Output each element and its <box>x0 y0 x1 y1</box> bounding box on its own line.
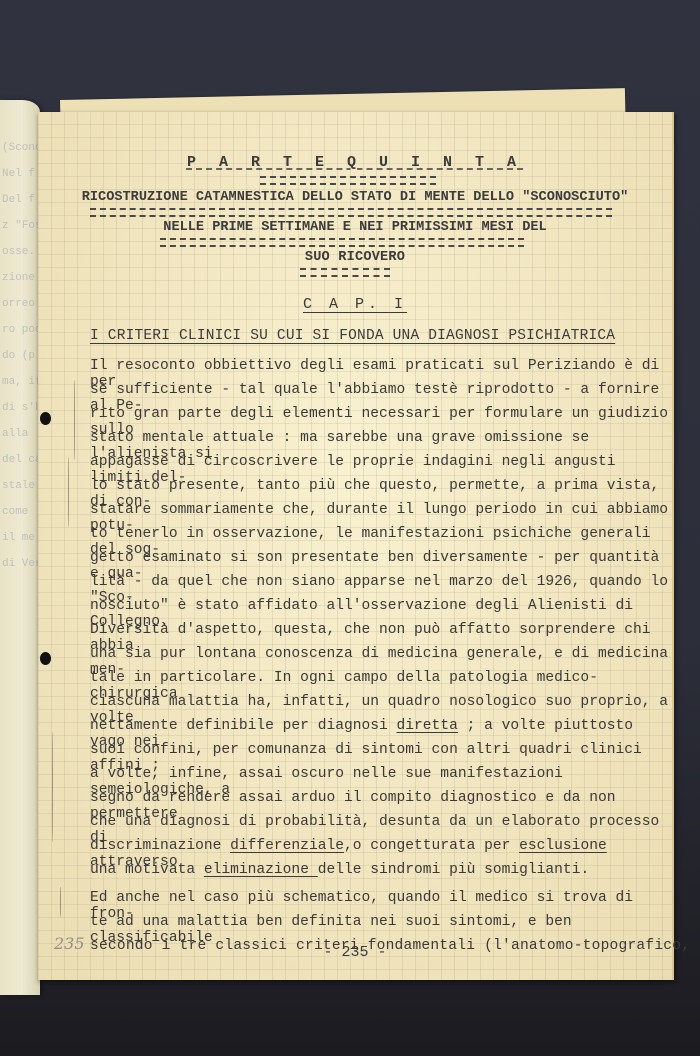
bleed-through-text: alla <box>2 428 28 440</box>
bleed-through-text: come <box>2 506 28 518</box>
chapter-heading: C A P. I <box>38 296 672 313</box>
typewritten-page: P A R T E Q U I N T A RICOSTRUZIONE CATA… <box>38 112 674 980</box>
body-line: una motivata eliminazione delle sindromi… <box>90 862 589 878</box>
bleed-through-text: del ca <box>2 454 40 466</box>
text-run: una motivata <box>90 862 204 878</box>
bleed-through-text: zione <box>2 272 35 284</box>
part-heading: P A R T E Q U I N T A <box>38 154 672 171</box>
bleed-through-text: z "Fos <box>2 220 40 232</box>
bleed-through-text: osse. <box>2 246 35 258</box>
bleed-through-text: di s'b <box>2 402 40 414</box>
double-underline <box>90 208 612 217</box>
underlined-term: diretta <box>397 718 458 734</box>
text-run: nettamente definibile per diagnosi <box>90 718 397 734</box>
punch-hole <box>40 652 51 665</box>
underlined-term: differenziale <box>230 838 344 854</box>
handwritten-page-number: 235 <box>54 934 85 953</box>
punch-hole <box>40 412 51 425</box>
text-run: delle sindromi più somiglianti. <box>318 862 590 878</box>
pencil-margin-mark <box>74 380 75 460</box>
double-underline <box>260 176 436 185</box>
bleed-through-text: do (p <box>2 350 35 362</box>
pencil-margin-mark <box>52 732 53 842</box>
main-title-line-2: NELLE PRIME SETTIMANE E NEI PRIMISSIMI M… <box>38 220 672 235</box>
bleed-through-text: di Ver <box>2 558 40 570</box>
body-line: secondo i tre classici criteri fondament… <box>90 938 700 954</box>
underlined-term: eliminazione <box>204 862 318 878</box>
pencil-margin-mark <box>60 887 61 917</box>
bleed-through-text: orreo <box>2 298 35 310</box>
double-underline <box>300 268 390 277</box>
main-title-line-1: RICOSTRUZIONE CATAMNESTICA DELLO STATO D… <box>38 190 672 205</box>
bleed-through-text: Nel f <box>2 168 35 180</box>
bleed-through-text: Del f <box>2 194 35 206</box>
bleed-through-text: ma, it <box>2 376 40 388</box>
bleed-through-text: (Sconos <box>2 142 40 154</box>
underlined-term: esclusione <box>519 838 607 854</box>
bleed-through-text: il me <box>2 532 35 544</box>
pencil-margin-mark <box>68 457 69 527</box>
section-title: I CRITERI CLINICI SU CUI SI FONDA UNA DI… <box>90 328 615 344</box>
main-title-line-3: SUO RICOVERO <box>38 250 672 265</box>
curled-left-page: (Sconos Nel f Del f z "Fos osse. zione o… <box>0 100 40 995</box>
text-run: discriminazione <box>90 838 230 854</box>
double-underline <box>160 238 524 247</box>
bleed-through-text: stale <box>2 480 35 492</box>
text-run: ,o congetturata per <box>344 838 519 854</box>
bleed-through-text: ro poc <box>2 324 40 336</box>
